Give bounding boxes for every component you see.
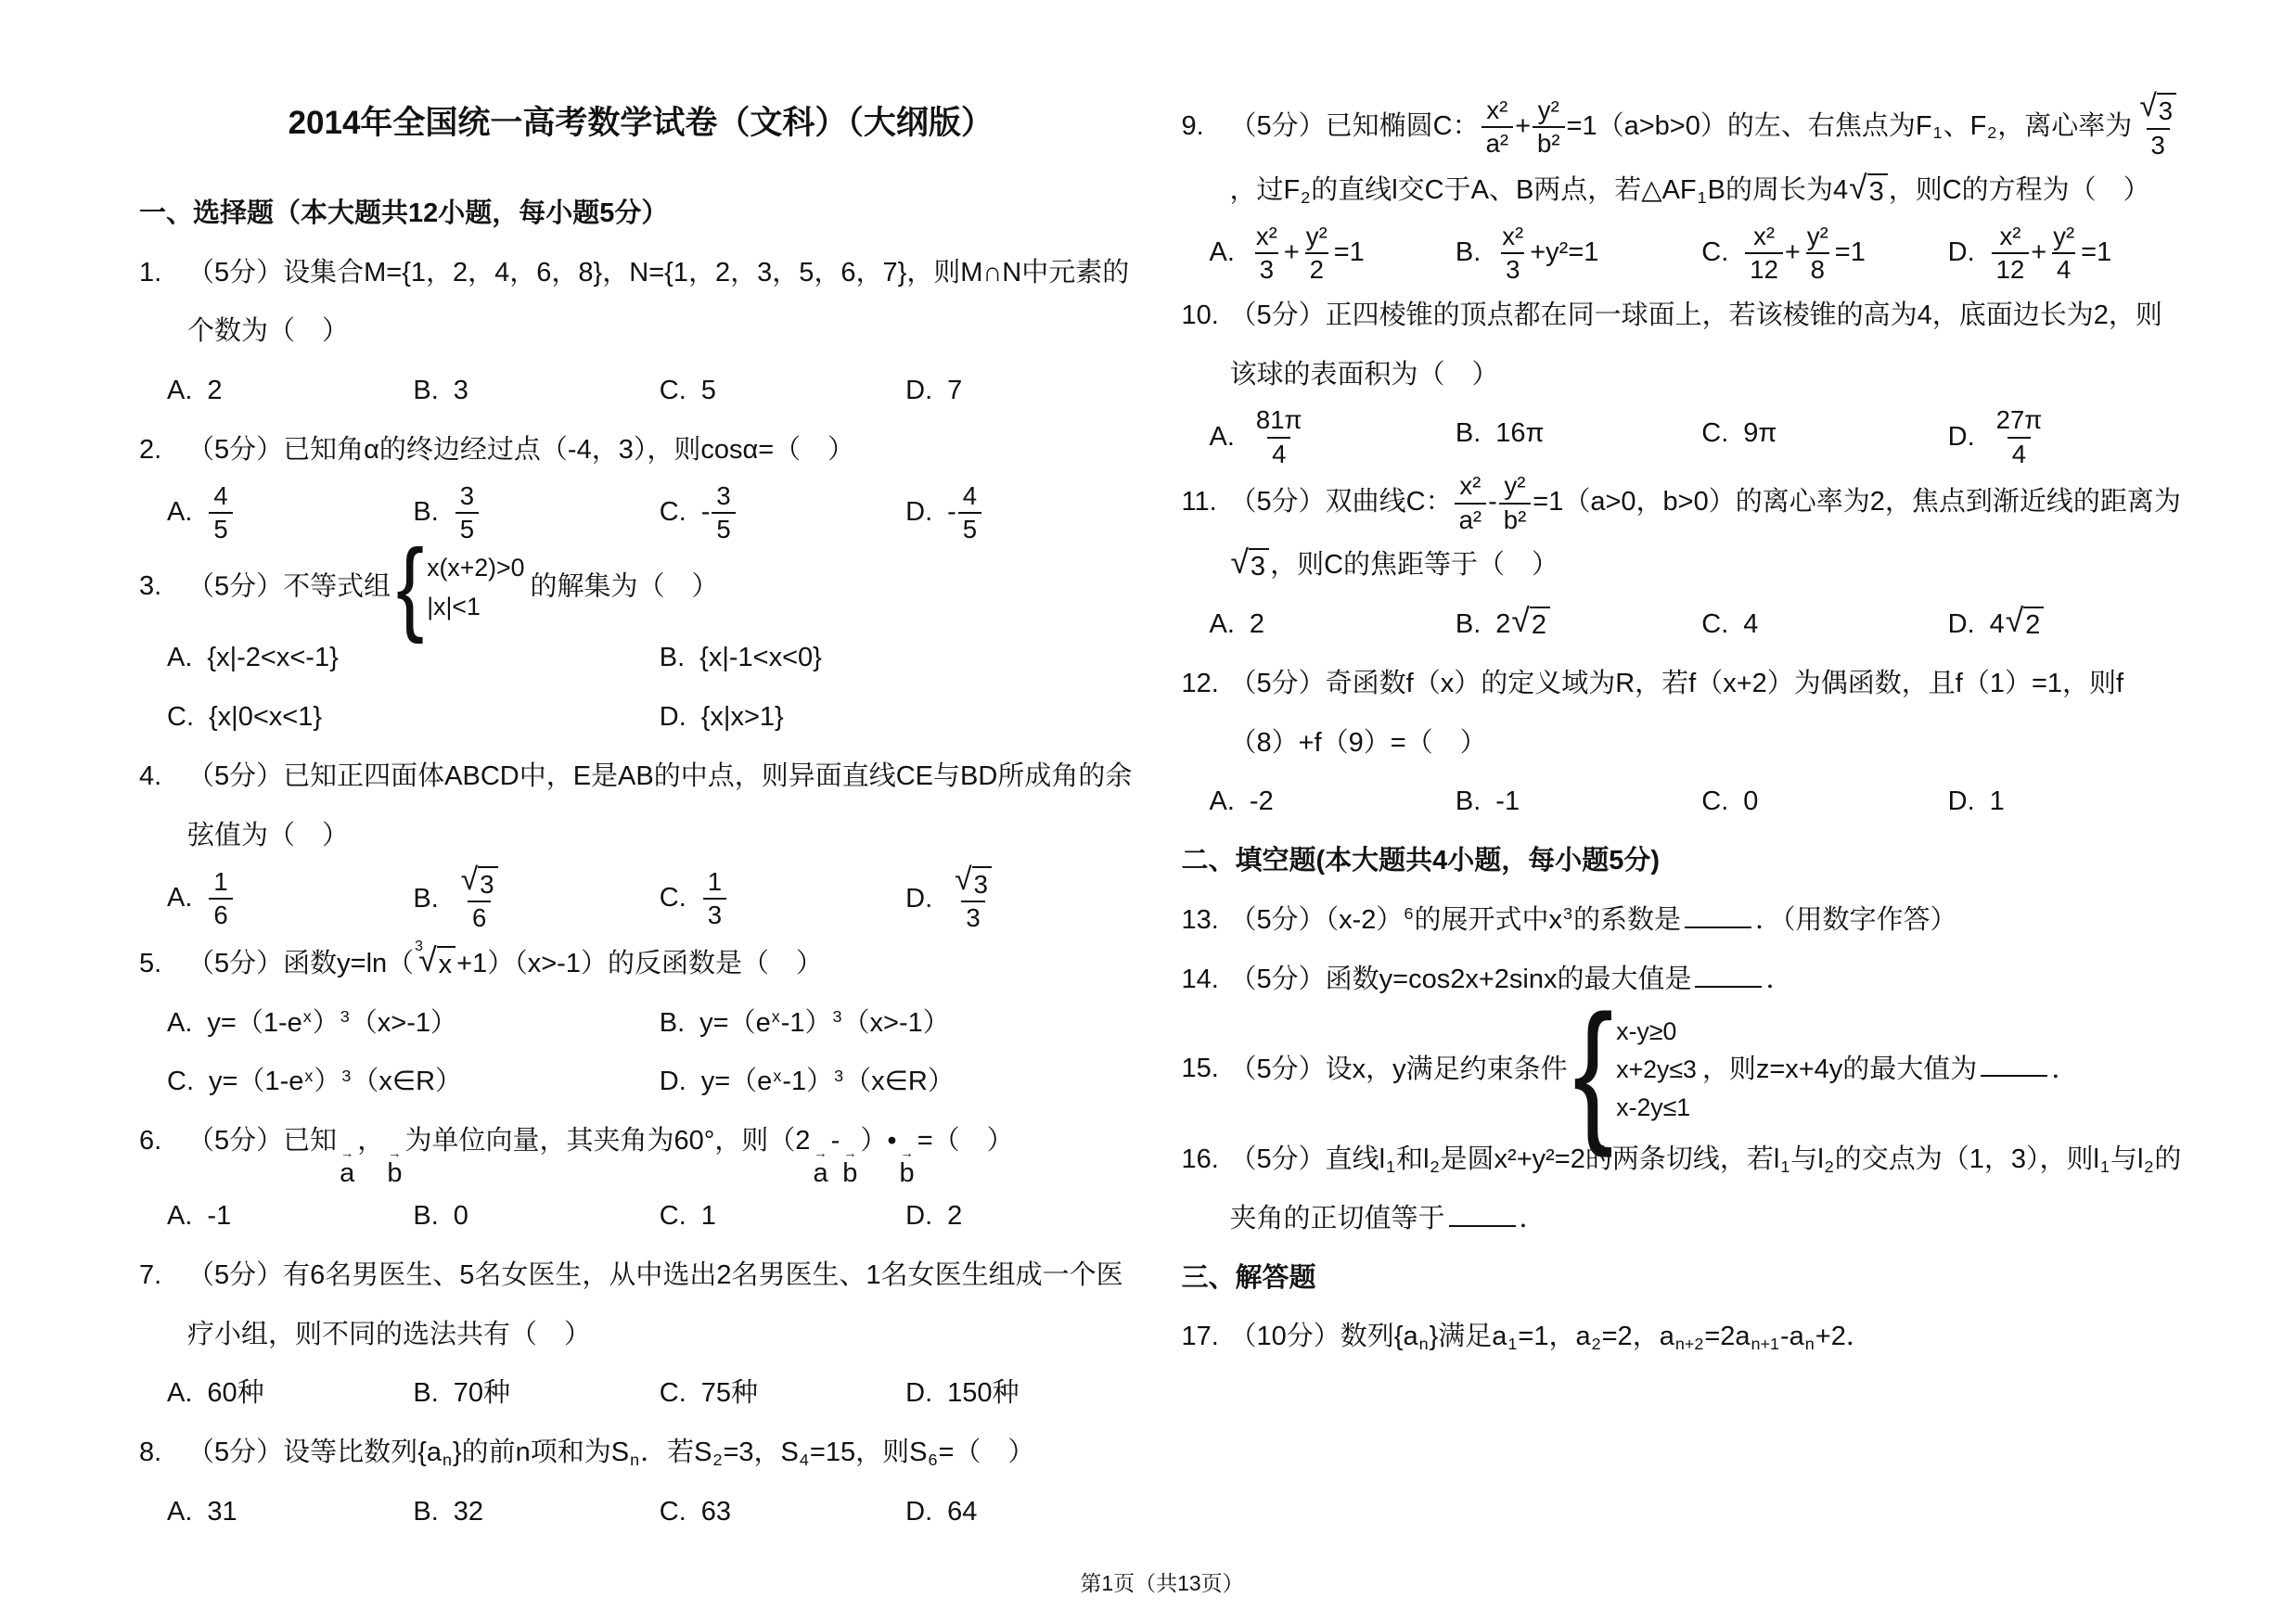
text-segment: 、F <box>1943 111 1987 141</box>
text-segment: 直线l <box>1326 1144 1385 1174</box>
text-segment: 的解集为（ ） <box>530 571 718 601</box>
option-D: D.7 <box>905 362 1142 421</box>
radicand: 2 <box>1530 607 1550 644</box>
question-score: （5分） <box>187 435 283 465</box>
radical: √3 <box>1231 548 1270 585</box>
option-label: D. <box>1948 237 1975 267</box>
radical: √2 <box>1511 607 1550 644</box>
question-11: 11.（5分）双曲线C：x²a²-y²b²=1（a>0，b>0）的离心率为2，焦… <box>1182 470 2186 654</box>
option-label: D. <box>1948 609 1975 639</box>
fraction-numerator: √3 <box>455 866 504 901</box>
fraction-denominator: 12 <box>1745 252 1783 286</box>
text-segment: -1） <box>781 1008 832 1038</box>
subscript: 1 <box>2100 1157 2110 1176</box>
radical-sign-icon: √ <box>955 864 971 896</box>
fraction: y²2 <box>1300 221 1334 287</box>
text-segment: -1） <box>782 1067 833 1096</box>
text-segment: {x|0<x<1} <box>209 702 322 732</box>
text-segment: 已知角α的终边经过点（-4，3），则cosα=（ ） <box>283 435 854 465</box>
text-segment: 已知 <box>283 1126 337 1156</box>
option-label: A. <box>167 643 192 672</box>
fraction-denominator: 6 <box>209 898 232 931</box>
text-segment: =3，S <box>723 1438 798 1467</box>
question-10: 10.（5分）正四棱锥的顶点都在同一球面上，若该棱锥的高为4，底面边长为2，则该… <box>1182 287 2186 470</box>
text-segment: 2 <box>2025 610 2040 640</box>
text-segment: }的前n项和为S <box>453 1438 629 1467</box>
vector-letter: a <box>813 1160 827 1187</box>
fraction-numerator: 4 <box>958 480 981 512</box>
radicand: 3 <box>1249 548 1269 585</box>
question-number: 5. <box>139 935 187 994</box>
page-footer: 第1页（共13页） <box>139 1566 2185 1597</box>
text-segment: =2，a <box>1602 1322 1674 1351</box>
fraction-denominator: 3 <box>2147 128 2170 161</box>
radical-sign-icon: √ <box>2139 91 2156 122</box>
text-segment: 1 <box>701 1201 716 1231</box>
fraction-numerator: 3 <box>455 480 479 512</box>
option-content: 4√2 <box>1990 609 2046 639</box>
superscript: 6 <box>1404 904 1413 923</box>
option-content: 45 <box>207 497 234 527</box>
text-segment: 6 <box>472 903 486 932</box>
system-row: x-2y≤1 <box>1616 1089 1690 1127</box>
option-content: 31 <box>207 1497 237 1527</box>
option-A: A.45 <box>167 480 404 546</box>
fraction-denominator: 5 <box>455 512 479 545</box>
question-stem: 2.（5分）已知角α的终边经过点（-4，3），则cosα=（ ） <box>139 421 1143 480</box>
question-number: 10. <box>1182 287 1230 346</box>
text-segment: 已知椭圆C： <box>1326 111 1480 141</box>
question-number: 16. <box>1182 1131 1230 1190</box>
text-segment: 正四棱锥的顶点都在同一球面上，若该棱锥的高为4，底面边长为2，则该球的表面积为（… <box>1230 300 2162 390</box>
text-segment: y=（e <box>701 1067 773 1096</box>
option-label: B. <box>660 1008 685 1038</box>
text-segment: 为单位向量，其夹角为60°，则（2 <box>404 1126 810 1156</box>
text-segment: y² <box>1807 222 1828 250</box>
options: A.-1B.0C.1D.2 <box>139 1187 1143 1246</box>
question-stem: 13.（5分）（x-2）6的展开式中x3的系数是．（用数字作答） <box>1182 891 2186 951</box>
superscript: x <box>303 1007 312 1026</box>
question-stem: 14.（5分）函数y=cos2x+2sinx的最大值是． <box>1182 951 2186 1010</box>
equation-system: x-y≥0x+2y≤3x-2y≤1 <box>1573 1010 1697 1131</box>
question-number: 15. <box>1182 1040 1230 1099</box>
text-segment: - <box>831 1126 840 1156</box>
text-segment: 已知正四面体ABCD中，E是AB的中点，则异面直线CE与BD所成角的余弦值为（ … <box>187 761 1132 850</box>
text-segment: 1 <box>708 867 722 896</box>
option-content: 1 <box>1990 786 2005 816</box>
text-segment: 5 <box>963 515 977 543</box>
option-D: D.-45 <box>905 480 1142 546</box>
text-segment: 3 <box>1260 255 1274 284</box>
question-stem: 4.（5分）已知正四面体ABCD中，E是AB的中点，则异面直线CE与BD所成角的… <box>139 748 1143 866</box>
text-segment: ，过F <box>1230 175 1301 205</box>
text-segment: b² <box>1537 129 1560 158</box>
option-content: 0 <box>1743 786 1758 816</box>
text-segment: 的交点为（1，3），则l <box>1835 1144 2099 1174</box>
fraction-denominator: 5 <box>209 512 232 545</box>
option-label: B. <box>413 497 438 527</box>
equation-system: x(x+2)>0|x|<1 <box>396 546 524 630</box>
vector-letter: b <box>900 1160 915 1187</box>
text-segment: 4 <box>963 481 977 510</box>
fraction-numerator: x² <box>1455 470 1485 502</box>
option-B: B.35 <box>413 480 649 546</box>
subscript: n <box>1805 1335 1815 1353</box>
option-label: C. <box>660 1378 686 1408</box>
fraction-numerator: y² <box>1302 221 1332 252</box>
text-segment: 63 <box>701 1497 731 1527</box>
option-content: 5 <box>701 376 716 405</box>
text-segment: 4 <box>213 481 227 510</box>
text-segment: 与l <box>2110 1144 2143 1174</box>
option-label: A. <box>1210 422 1235 452</box>
option-C: C.1 <box>660 1187 896 1246</box>
options: A.y=（1-ex）3（x>-1）B.y=（ex-1）3（x>-1）C.y=（1… <box>139 994 1143 1113</box>
text-segment: -a <box>1780 1322 1804 1351</box>
radicand: x <box>437 946 456 983</box>
column-right: 9.（5分）已知椭圆C：x²a²+y²b²=1（a>b>0）的左、右焦点为F1、… <box>1182 93 2186 1367</box>
question-score: （10分） <box>1230 1322 1340 1351</box>
fraction: √36 <box>454 866 506 935</box>
options: A.-2B.-1C.0D.1 <box>1182 773 2186 832</box>
option-B: B.y=（ex-1）3（x>-1） <box>660 994 1143 1054</box>
answer-blank <box>1981 1051 2047 1077</box>
question-stem: 7.（5分）有6名男医生、5名女医生，从中选出2名男医生、1名女医生组成一个医疗… <box>139 1246 1143 1365</box>
option-C: C.13 <box>660 866 896 935</box>
option-label: B. <box>413 1201 438 1231</box>
text-segment: 有6名男医生、5名女医生，从中选出2名男医生、1名女医生组成一个医疗小组，则不同… <box>187 1260 1123 1349</box>
question-score: （5分） <box>1230 669 1326 698</box>
text-segment: 4 <box>1743 609 1758 639</box>
text-segment: 75种 <box>701 1378 758 1408</box>
question-9: 9.（5分）已知椭圆C：x²a²+y²b²=1（a>b>0）的左、右焦点为F1、… <box>1182 93 2186 287</box>
option-content: y=（ex-1）3（x>-1） <box>699 1008 950 1038</box>
options: A.16B.√36C.13D.√33 <box>139 866 1143 935</box>
text-segment: =2a <box>1704 1322 1750 1351</box>
question-8: 8.（5分）设等比数列{an}的前n项和为Sn．若S2=3，S4=15，则S6=… <box>139 1424 1143 1542</box>
question-score: （5分） <box>187 1438 283 1467</box>
options: A.2B.2√2C.4D.4√2 <box>1182 595 2186 655</box>
fraction: y²b² <box>1497 470 1533 536</box>
option-B: B.0 <box>413 1187 649 1246</box>
question-score: （5分） <box>187 258 283 288</box>
subscript: n <box>1419 1335 1429 1353</box>
text-segment: =1 <box>1334 237 1365 267</box>
text-segment: 3 <box>460 481 474 510</box>
option-label: D. <box>905 1201 932 1231</box>
text-segment: 3 <box>716 481 730 510</box>
vector-letter: a <box>340 1160 354 1187</box>
option-content: 2 <box>947 1201 962 1231</box>
question-stem: 3.（5分）不等式组x(x+2)>0|x|<1的解集为（ ） <box>139 546 1143 630</box>
text-segment: 5 <box>716 515 730 543</box>
option-D: D.1 <box>1948 773 2185 832</box>
options: A.2B.3C.5D.7 <box>139 362 1143 421</box>
option-D: D.64 <box>905 1483 1142 1542</box>
fraction: 81π4 <box>1250 404 1309 470</box>
question-stem: 15.（5分）设x，y满足约束条件x-y≥0x+2y≤3x-2y≤1，则z=x+… <box>1182 1010 2186 1131</box>
section-header: 一、选择题（本大题共12小题，每小题5分） <box>139 185 1143 244</box>
option-C: C.63 <box>660 1483 896 1542</box>
question-number: 12. <box>1182 655 1230 714</box>
text-segment: =1，a <box>1518 1322 1590 1351</box>
text-segment: 81π <box>1256 405 1302 434</box>
text-segment: x(x+2)>0 <box>427 554 524 581</box>
option-label: D. <box>905 1378 932 1408</box>
option-label: D. <box>660 702 686 732</box>
text-segment: 2 <box>1250 609 1264 639</box>
question-stem: 12.（5分）奇函数f（x）的定义域为R，若f（x+2）为偶函数，且f（1）=1… <box>1182 655 2186 773</box>
text-segment: 双曲线C： <box>1326 487 1453 517</box>
subscript: n <box>443 1450 452 1469</box>
option-label: D. <box>1948 422 1975 452</box>
text-segment: ．（用数字作答） <box>1755 905 1957 935</box>
fraction-denominator: 3 <box>1255 252 1278 286</box>
text-segment: 4 <box>2057 255 2071 284</box>
answer-blank <box>1685 902 1751 928</box>
option-content: 1 <box>701 1201 716 1231</box>
text-segment: + <box>1284 237 1300 267</box>
fraction: √33 <box>2132 93 2184 161</box>
fraction-numerator: x² <box>1995 221 2025 252</box>
options: A.45B.35C.-35D.-45 <box>139 480 1143 546</box>
question-score: （5分） <box>1230 1144 1326 1174</box>
fraction-denominator: 2 <box>1305 252 1328 286</box>
option-B: B.2√2 <box>1456 595 1692 655</box>
option-content: 75种 <box>701 1378 758 1408</box>
fraction-denominator: 5 <box>712 512 735 545</box>
option-content: 63 <box>701 1497 731 1527</box>
question-score: （5分） <box>187 1126 283 1156</box>
text-segment: 3 <box>454 376 468 405</box>
fraction-numerator: y² <box>1533 95 1564 126</box>
text-segment: ． <box>1520 1204 1546 1233</box>
subscript: 2 <box>1987 123 1996 142</box>
text-segment: （x-2） <box>1326 905 1404 935</box>
option-content: {x|x>1} <box>701 702 784 732</box>
text-segment: 3 <box>708 901 722 929</box>
superscript: 3 <box>341 1067 351 1085</box>
fraction-numerator: 81π <box>1251 404 1307 436</box>
option-B: B.16π <box>1456 404 1692 470</box>
option-A: A.x²3+y²2=1 <box>1210 221 1446 287</box>
fraction-denominator: 3 <box>1501 252 1524 286</box>
superscript: 3 <box>834 1067 843 1085</box>
option-B: B.√36 <box>413 866 649 935</box>
text-segment: =（ ） <box>938 1438 1034 1467</box>
text-segment: -1 <box>207 1201 231 1231</box>
text-segment: y² <box>1505 471 1526 500</box>
radical: √3 <box>461 866 498 901</box>
fraction: y²4 <box>2046 221 2081 287</box>
system-row: x(x+2)>0 <box>427 549 524 587</box>
option-label: D. <box>660 1067 686 1096</box>
text-segment: 9π <box>1743 418 1777 448</box>
option-label: C. <box>1701 609 1728 639</box>
question-number: 14. <box>1182 951 1230 1010</box>
text-segment: 设x，y满足约束条件 <box>1326 1054 1568 1083</box>
radical: 3√x <box>415 946 455 983</box>
fraction: 45 <box>207 480 234 546</box>
fraction-denominator: 5 <box>958 512 981 545</box>
fraction-denominator: 3 <box>961 901 984 934</box>
text-segment: 奇函数f（x）的定义域为R，若f（x+2）为偶函数，且f（1）=1，则f（8）+… <box>1230 669 2124 758</box>
fraction-denominator: 12 <box>1992 252 2030 286</box>
option-label: C. <box>1701 237 1728 267</box>
superscript: 3 <box>340 1007 350 1026</box>
fraction-numerator: 4 <box>209 480 232 512</box>
text-segment: x <box>439 950 453 979</box>
text-segment: a² <box>1459 505 1482 534</box>
exam-title: 2014年全国统一高考数学试卷（文科）（大纲版） <box>139 100 1143 147</box>
option-D: D.4√2 <box>1948 595 2185 655</box>
text-segment: 2 <box>947 1201 962 1231</box>
superscript: x <box>773 1067 781 1085</box>
text-segment: 12 <box>1750 255 1778 284</box>
option-A: A.2 <box>1210 595 1446 655</box>
text-segment: 0 <box>454 1201 468 1231</box>
text-segment: 3 <box>974 870 988 899</box>
subscript: 1 <box>1698 188 1707 207</box>
option-content: x²12+y²4=1 <box>1990 237 2112 267</box>
fraction-denominator: b² <box>1499 503 1532 536</box>
text-segment: b² <box>1504 505 1527 534</box>
option-C: C.x²12+y²8=1 <box>1701 221 1938 287</box>
option-C: C.y=（1-ex）3（x∈R） <box>167 1053 650 1112</box>
text-segment: 和l <box>1396 1144 1429 1174</box>
question-stem: 5.（5分）函数y=ln（3√x+1）（x>-1）的反函数是（ ） <box>139 935 1143 994</box>
text-segment: ）• <box>860 1126 896 1156</box>
system-row: |x|<1 <box>427 588 481 626</box>
question-number: 3. <box>139 557 187 617</box>
option-B: B.x²3+y²=1 <box>1456 221 1692 287</box>
option-content: y=（1-ex）3（x>-1） <box>207 1008 457 1038</box>
fraction-numerator: x² <box>1481 95 1512 126</box>
option-D: D.150种 <box>905 1364 1142 1424</box>
question-number: 6. <box>139 1112 187 1171</box>
content-columns: 2014年全国统一高考数学试卷（文科）（大纲版）一、选择题（本大题共12小题，每… <box>139 93 2185 1542</box>
text-segment: 2 <box>207 376 222 405</box>
fraction: y²8 <box>1801 221 1835 287</box>
subscript: 4 <box>800 1450 809 1469</box>
question-number: 17. <box>1182 1308 1230 1367</box>
option-content: x²12+y²8=1 <box>1743 237 1866 267</box>
fraction-numerator: √3 <box>2134 93 2182 128</box>
option-label: A. <box>1210 609 1235 639</box>
subscript: 2 <box>1301 188 1310 207</box>
fraction-numerator: 1 <box>209 866 232 898</box>
fraction: 16 <box>207 866 234 932</box>
question-number: 4. <box>139 748 187 807</box>
text-segment: 的直线l交C于A、B两点，若△AF <box>1311 175 1696 205</box>
text-segment: ，则C的焦距等于（ ） <box>1270 550 1558 580</box>
fraction-denominator: b² <box>1533 126 1565 160</box>
option-content: 150种 <box>947 1378 1019 1408</box>
fraction-numerator: y² <box>1500 470 1531 502</box>
vector: b <box>387 1148 402 1187</box>
option-label: B. <box>413 884 438 914</box>
option-label: D. <box>905 1497 932 1527</box>
option-C: C.4 <box>1701 595 1938 655</box>
option-label: B. <box>1456 237 1481 267</box>
radical-sign-icon: √ <box>1231 546 1249 579</box>
text-segment: 3 <box>966 903 980 932</box>
text-segment: - <box>701 497 711 527</box>
fraction: 35 <box>710 480 737 546</box>
fraction: y²b² <box>1531 95 1567 160</box>
system-rows: x(x+2)>0|x|<1 <box>427 549 524 626</box>
subscript: 2 <box>712 1450 722 1469</box>
question-score: （5分） <box>1230 1054 1326 1083</box>
text-segment: x² <box>1502 222 1523 250</box>
text-segment: 2 <box>1532 610 1546 640</box>
section-header: 二、填空题(本大题共4小题，每小题5分) <box>1182 832 2186 891</box>
option-label: C. <box>660 1201 686 1231</box>
text-segment: 3 <box>1506 255 1520 284</box>
text-segment: =1（a>b>0）的左、右焦点为F <box>1567 111 1932 141</box>
question-16: 16.（5分）直线l1和l2是圆x²+y²=2的两条切线，若l1与l2的交点为（… <box>1182 1131 2186 1249</box>
text-segment: =1 <box>2081 237 2111 267</box>
fraction: x²12 <box>1743 221 1785 287</box>
option-content: -45 <box>947 497 983 527</box>
option-D: D.√33 <box>905 866 1142 935</box>
subscript: n+2 <box>1675 1335 1703 1353</box>
option-D: D.x²12+y²4=1 <box>1948 221 2185 287</box>
superscript: x <box>304 1067 313 1085</box>
superscript: 3 <box>833 1007 842 1026</box>
radicand: 2 <box>2023 607 2044 644</box>
text-segment: （x>-1） <box>351 1008 457 1038</box>
text-segment: 1 <box>1990 786 2005 816</box>
option-content: y=（ex-1）3（x∈R） <box>701 1067 955 1096</box>
text-segment: -1 <box>1495 786 1520 816</box>
question-score: （5分） <box>187 1260 283 1290</box>
text-segment: =1（a>0，b>0）的离心率为2，焦点到渐近线的距离为 <box>1533 487 2181 517</box>
fraction-denominator: 4 <box>1267 437 1290 470</box>
text-segment: {x|-1<x<0} <box>699 643 822 672</box>
text-segment: 32 <box>454 1497 483 1527</box>
text-segment: ， <box>357 1126 384 1156</box>
option-label: A. <box>167 1497 192 1527</box>
radical-sign-icon: √ <box>461 864 478 896</box>
fraction-denominator: 8 <box>1806 252 1829 286</box>
subscript: n <box>630 1450 639 1469</box>
option-A: A.y=（1-ex）3（x>-1） <box>167 994 650 1054</box>
text-segment: 70种 <box>454 1378 510 1408</box>
option-label: B. <box>413 1497 438 1527</box>
text-segment: 3 <box>1869 177 1884 207</box>
option-A: A.-1 <box>167 1187 404 1246</box>
text-segment: 3 <box>2159 96 2173 125</box>
question-stem: 8.（5分）设等比数列{an}的前n项和为Sn．若S2=3，S4=15，则S6=… <box>139 1424 1143 1483</box>
option-label: C. <box>660 883 686 913</box>
option-label: A. <box>1210 786 1235 816</box>
question-17: 17.（10分）数列{an}满足a1=1，a2=2，an+2=2an+1-an+… <box>1182 1308 2186 1367</box>
text-segment: B的周长为4 <box>1708 175 1848 205</box>
option-label: A. <box>167 883 192 913</box>
fraction-numerator: y² <box>2048 221 2079 252</box>
question-score: （5分） <box>1230 905 1326 935</box>
option-label: B. <box>413 376 438 405</box>
option-C: C.9π <box>1701 404 1938 470</box>
question-number: 13. <box>1182 891 1230 951</box>
radicand: 3 <box>972 866 992 901</box>
subscript: 1 <box>1507 1335 1517 1353</box>
system-row: x+2y≤3 <box>1616 1051 1697 1089</box>
text-segment: {x|x>1} <box>701 702 784 732</box>
question-score: （5分） <box>1230 965 1326 994</box>
fraction-denominator: a² <box>1481 126 1514 160</box>
